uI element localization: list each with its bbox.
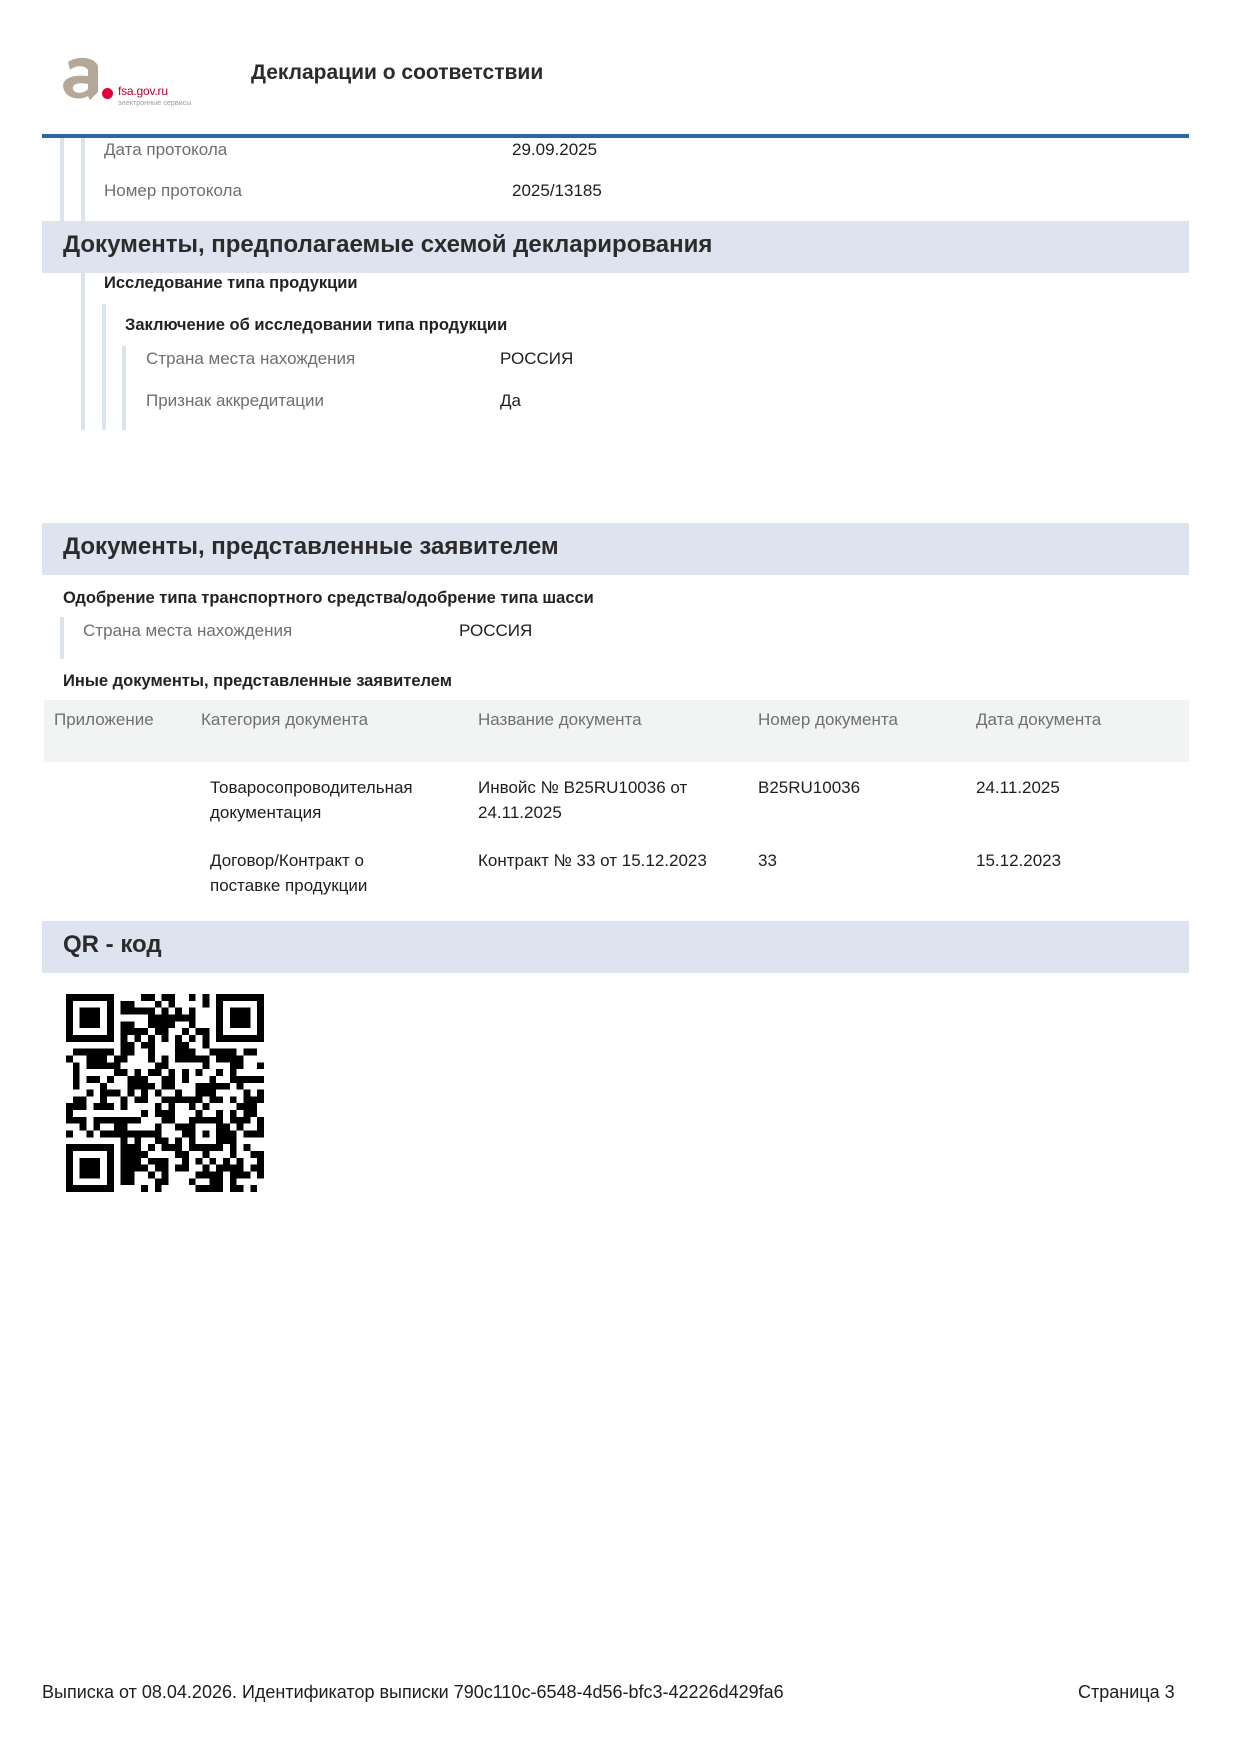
- group-heading: Исследование типа продукции: [104, 274, 358, 293]
- cell-category: Товаросопроводительная документация: [210, 775, 460, 825]
- logo-subtitle: электронные сервисы: [118, 100, 191, 107]
- page-title: Декларации о соответствии: [251, 61, 543, 85]
- section-scheme-docs: Документы, предполагаемые схемой деклари…: [42, 221, 1189, 273]
- page-number: Страница 3: [1078, 1682, 1175, 1703]
- approval-heading: Одобрение типа транспортного средства/од…: [63, 589, 594, 608]
- approval-country-label: Страна места нахождения: [83, 621, 292, 641]
- indent-rule: [122, 346, 126, 430]
- section-title: Документы, предполагаемые схемой деклари…: [63, 231, 712, 259]
- column-date: Дата документа: [976, 710, 1101, 730]
- country-label: Страна места нахождения: [146, 349, 355, 369]
- indent-rule: [102, 304, 106, 430]
- protocol-date-label: Дата протокола: [104, 140, 227, 160]
- cell-date: 15.12.2023: [976, 848, 1176, 873]
- indent-rule: [81, 138, 85, 221]
- protocol-number-value: 2025/13185: [512, 181, 602, 201]
- cell-number: 33: [758, 848, 958, 873]
- indent-rule: [60, 617, 64, 659]
- section-applicant-docs: Документы, представленные заявителем: [42, 523, 1189, 575]
- other-docs-heading: Иные документы, представленные заявителе…: [63, 672, 452, 691]
- fsa-logo: fsa.gov.ru электронные сервисы: [56, 56, 206, 112]
- logo-dot-icon: [102, 88, 113, 99]
- header-divider: [42, 134, 1189, 138]
- logo-site-text: fsa.gov.ru: [118, 84, 168, 98]
- column-attachment: Приложение: [54, 710, 154, 730]
- protocol-date-value: 29.09.2025: [512, 140, 597, 160]
- column-category: Категория документа: [201, 710, 368, 730]
- country-value: РОССИЯ: [500, 349, 573, 369]
- cell-number: B25RU10036: [758, 775, 958, 800]
- subgroup-heading: Заключение об исследовании типа продукци…: [125, 316, 507, 335]
- cell-date: 24.11.2025: [976, 775, 1176, 800]
- qr-code-icon: [66, 994, 264, 1192]
- column-name: Название документа: [478, 710, 642, 730]
- cell-name: Контракт № 33 от 15.12.2023: [478, 848, 748, 873]
- cell-category: Договор/Контракт о поставке продукции: [210, 848, 410, 898]
- cell-name: Инвойс № B25RU10036 от 24.11.2025: [478, 775, 728, 825]
- fsa-a-logo-icon: [60, 56, 104, 100]
- section-title: QR - код: [63, 931, 162, 959]
- approval-country-value: РОССИЯ: [459, 621, 532, 641]
- protocol-number-label: Номер протокола: [104, 181, 242, 201]
- accreditation-label: Признак аккредитации: [146, 391, 324, 411]
- column-number: Номер документа: [758, 710, 898, 730]
- indent-rule: [81, 273, 85, 430]
- section-qr: QR - код: [42, 921, 1189, 973]
- accreditation-value: Да: [500, 391, 521, 411]
- footer-extract-info: Выписка от 08.04.2026. Идентификатор вып…: [42, 1682, 784, 1703]
- section-title: Документы, представленные заявителем: [63, 533, 559, 561]
- table-header: Приложение Категория документа Название …: [44, 700, 1189, 762]
- indent-rule: [60, 138, 64, 221]
